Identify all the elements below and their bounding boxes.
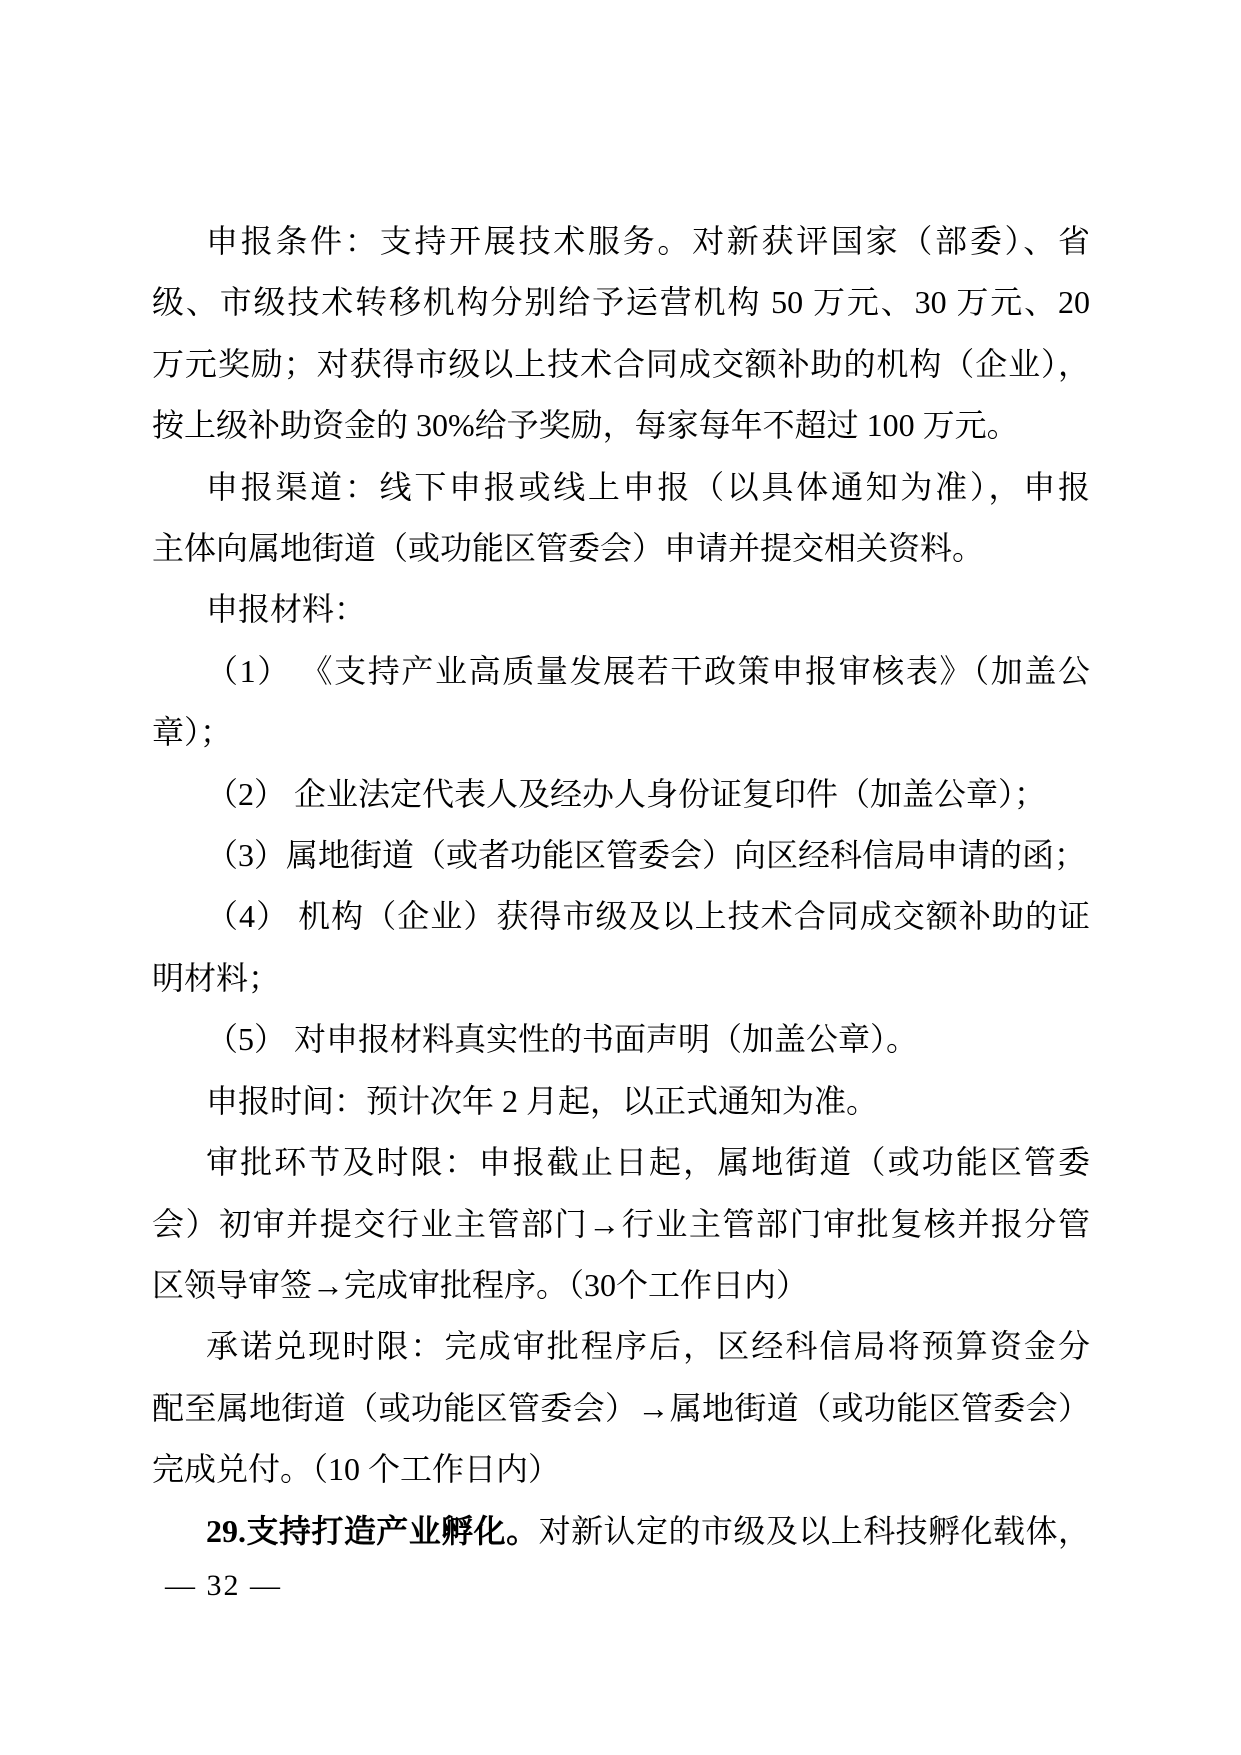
- text-run: 承诺兑现时限：完成审批程序后，区经科信局将预算资金分: [206, 1328, 1090, 1364]
- text-run: 万元奖励；对获得市级以上技术合同成交额补助的机构（企业），: [152, 346, 1090, 382]
- text-run: 申报条件：支持开展技术服务。对新获评国家（部委）、省: [206, 223, 1090, 259]
- paragraph-application-materials-label: 申报材料：: [152, 579, 1090, 640]
- paragraph-clause-29-heading: 29.支持打造产业孵化。对新认定的市级及以上科技孵化载体，: [152, 1501, 1090, 1562]
- paragraph-fulfillment-deadline: 承诺兑现时限：完成审批程序后，区经科信局将预算资金分配至属地街道（或功能区管委会…: [152, 1316, 1090, 1500]
- text-line: 章）；: [152, 702, 1090, 763]
- text-line: 完成兑付。（10 个工作日内）: [152, 1439, 1090, 1500]
- paragraph-material-item-1: （1） 《支持产业高质量发展若干政策申报审核表》（加盖公章）；: [152, 641, 1090, 764]
- text-run: 对新认定的市级及以上科技孵化载体，: [539, 1513, 1090, 1549]
- text-line: 申报渠道：线下申报或线上申报（以具体通知为准），申报: [152, 457, 1090, 518]
- paragraph-application-conditions: 申报条件：支持开展技术服务。对新获评国家（部委）、省级、市级技术转移机构分别给予…: [152, 211, 1090, 457]
- text-line: （3）属地街道（或者功能区管委会）向区经科信局申请的函；: [152, 825, 1090, 886]
- document-body: 申报条件：支持开展技术服务。对新获评国家（部委）、省级、市级技术转移机构分别给予…: [152, 211, 1090, 1562]
- text-line: 29.支持打造产业孵化。对新认定的市级及以上科技孵化载体，: [152, 1501, 1090, 1562]
- paragraph-material-item-5: （5） 对申报材料真实性的书面声明（加盖公章）。: [152, 1009, 1090, 1070]
- text-run: （5） 对申报材料真实性的书面声明（加盖公章）。: [206, 1021, 918, 1057]
- paragraph-material-item-2: （2） 企业法定代表人及经办人身份证复印件（加盖公章）；: [152, 764, 1090, 825]
- paragraph-material-item-4: （4） 机构（企业）获得市级及以上技术合同成交额补助的证明材料；: [152, 886, 1090, 1009]
- text-run: （4） 机构（企业）获得市级及以上技术合同成交额补助的证: [206, 898, 1090, 934]
- text-line: 申报时间：预计次年 2 月起，以正式通知为准。: [152, 1071, 1090, 1132]
- text-line: 区领导审签→完成审批程序。（30个工作日内）: [152, 1255, 1090, 1316]
- document-page: 申报条件：支持开展技术服务。对新获评国家（部委）、省级、市级技术转移机构分别给予…: [0, 0, 1241, 1755]
- text-line: 主体向属地街道（或功能区管委会）申请并提交相关资料。: [152, 518, 1090, 579]
- paragraph-material-item-3: （3）属地街道（或者功能区管委会）向区经科信局申请的函；: [152, 825, 1090, 886]
- text-run: 会）初审并提交行业主管部门→行业主管部门审批复核并报分管: [152, 1206, 1090, 1242]
- text-line: （1） 《支持产业高质量发展若干政策申报审核表》（加盖公: [152, 641, 1090, 702]
- text-run: 配至属地街道（或功能区管委会）→属地街道（或功能区管委会）: [152, 1390, 1090, 1426]
- clause-number: 29.: [206, 1513, 246, 1549]
- text-line: 万元奖励；对获得市级以上技术合同成交额补助的机构（企业），: [152, 334, 1090, 395]
- text-run: 按上级补助资金的 30%给予奖励，每家每年不超过 100 万元。: [152, 407, 1019, 443]
- paragraph-application-time: 申报时间：预计次年 2 月起，以正式通知为准。: [152, 1071, 1090, 1132]
- text-line: （5） 对申报材料真实性的书面声明（加盖公章）。: [152, 1009, 1090, 1070]
- text-run: 明材料；: [152, 960, 280, 996]
- text-run: （3）属地街道（或者功能区管委会）向区经科信局申请的函；: [206, 837, 1086, 873]
- text-line: 明材料；: [152, 948, 1090, 1009]
- text-line: 会）初审并提交行业主管部门→行业主管部门审批复核并报分管: [152, 1194, 1090, 1255]
- text-line: 申报材料：: [152, 579, 1090, 640]
- text-line: 级、市级技术转移机构分别给予运营机构 50 万元、30 万元、20: [152, 272, 1090, 333]
- text-run: 区领导审签→完成审批程序。（30个工作日内）: [152, 1267, 808, 1303]
- text-line: 配至属地街道（或功能区管委会）→属地街道（或功能区管委会）: [152, 1378, 1090, 1439]
- text-run: 完成兑付。（10 个工作日内）: [152, 1451, 560, 1487]
- text-run: 申报时间：预计次年 2 月起，以正式通知为准。: [206, 1083, 878, 1119]
- text-line: （2） 企业法定代表人及经办人身份证复印件（加盖公章）；: [152, 764, 1090, 825]
- text-line: 承诺兑现时限：完成审批程序后，区经科信局将预算资金分: [152, 1316, 1090, 1377]
- text-run: （2） 企业法定代表人及经办人身份证复印件（加盖公章）；: [206, 776, 1046, 812]
- text-line: 审批环节及时限：申报截止日起，属地街道（或功能区管委: [152, 1132, 1090, 1193]
- paragraph-approval-process: 审批环节及时限：申报截止日起，属地街道（或功能区管委会）初审并提交行业主管部门→…: [152, 1132, 1090, 1316]
- text-line: 申报条件：支持开展技术服务。对新获评国家（部委）、省: [152, 211, 1090, 272]
- text-line: 按上级补助资金的 30%给予奖励，每家每年不超过 100 万元。: [152, 395, 1090, 456]
- text-line: （4） 机构（企业）获得市级及以上技术合同成交额补助的证: [152, 886, 1090, 947]
- paragraph-application-channel: 申报渠道：线下申报或线上申报（以具体通知为准），申报主体向属地街道（或功能区管委…: [152, 457, 1090, 580]
- text-run: 主体向属地街道（或功能区管委会）申请并提交相关资料。: [152, 530, 984, 566]
- clause-title: 支持打造产业孵化。: [246, 1513, 539, 1549]
- text-run: 申报渠道：线下申报或线上申报（以具体通知为准），申报: [206, 469, 1090, 505]
- text-run: 审批环节及时限：申报截止日起，属地街道（或功能区管委: [206, 1144, 1090, 1180]
- text-run: 章）；: [152, 714, 232, 750]
- text-run: 申报材料：: [206, 591, 366, 627]
- text-run: （1） 《支持产业高质量发展若干政策申报审核表》（加盖公: [206, 653, 1090, 689]
- text-run: 级、市级技术转移机构分别给予运营机构 50 万元、30 万元、20: [152, 284, 1090, 320]
- page-number: — 32 —: [165, 1568, 282, 1604]
